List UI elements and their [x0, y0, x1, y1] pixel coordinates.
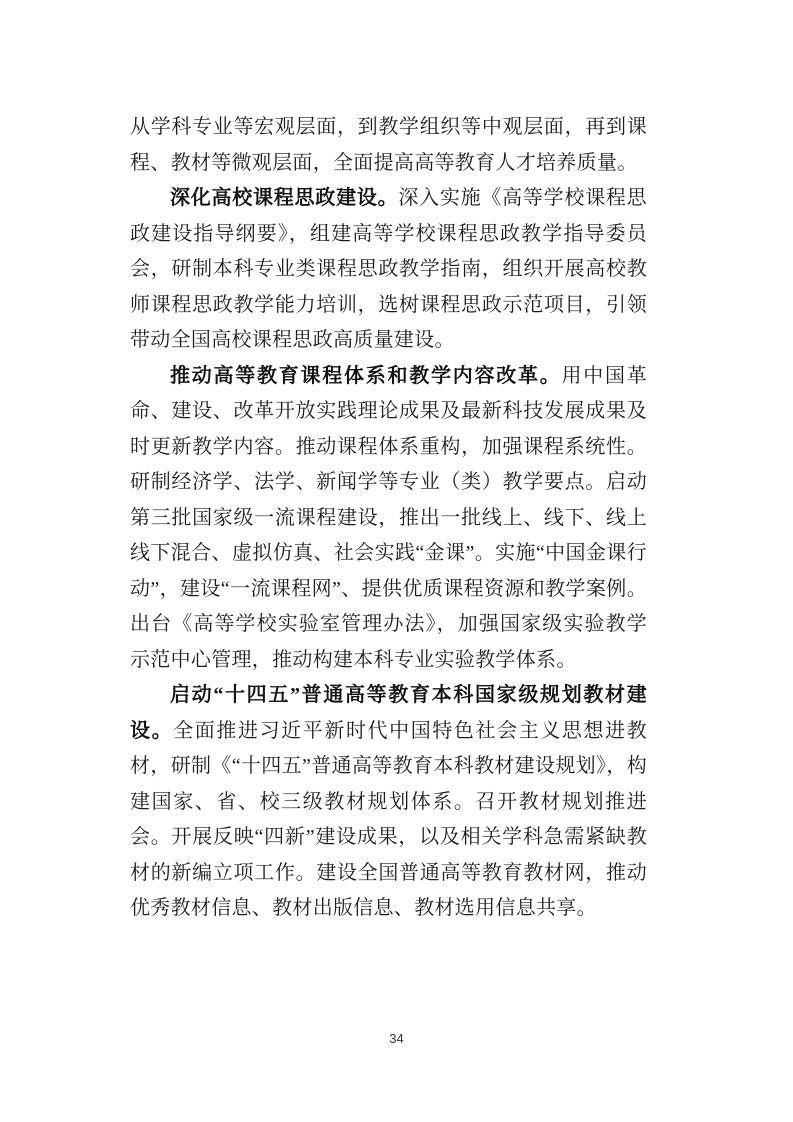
paragraph-body-text: 从学科专业等宏观层面，到教学组织等中观层面，再到课程、教材等微观层面，全面提高高… — [130, 116, 647, 174]
paragraph: 深化高校课程思政建设。深入实施《高等学校课程思政建设指导纲要》，组建高等学校课程… — [130, 181, 647, 359]
document-text-block: 从学科专业等宏观层面，到教学组织等中观层面，再到课程、教材等微观层面，全面提高高… — [130, 110, 647, 927]
page-number: 34 — [0, 1031, 793, 1046]
paragraph: 推动高等教育课程体系和教学内容改革。用中国革命、建设、改革开放实践理论成果及最新… — [130, 359, 647, 679]
document-page: 从学科专业等宏观层面，到教学组织等中观层面，再到课程、教材等微观层面，全面提高高… — [0, 0, 793, 1122]
paragraph-body-text: 深入实施《高等学校课程思政建设指导纲要》，组建高等学校课程思政教学指导委员会，研… — [130, 187, 647, 351]
paragraph-bold-lead: 深化高校课程思政建设。 — [170, 187, 398, 209]
paragraph: 启动“十四五”普通高等教育本科国家级规划教材建设。全面推进习近平新时代中国特色社… — [130, 678, 647, 927]
paragraph-bold-lead: 推动高等教育课程体系和教学内容改革。 — [170, 365, 561, 387]
paragraph-continuation: 从学科专业等宏观层面，到教学组织等中观层面，再到课程、教材等微观层面，全面提高高… — [130, 110, 647, 181]
paragraph-body-text: 全面推进习近平新时代中国特色社会主义思想进教材，研制《“十四五”普通高等教育本科… — [130, 720, 647, 920]
paragraph-body-text: 用中国革命、建设、改革开放实践理论成果及最新科技发展成果及时更新教学内容。推动课… — [130, 365, 647, 671]
